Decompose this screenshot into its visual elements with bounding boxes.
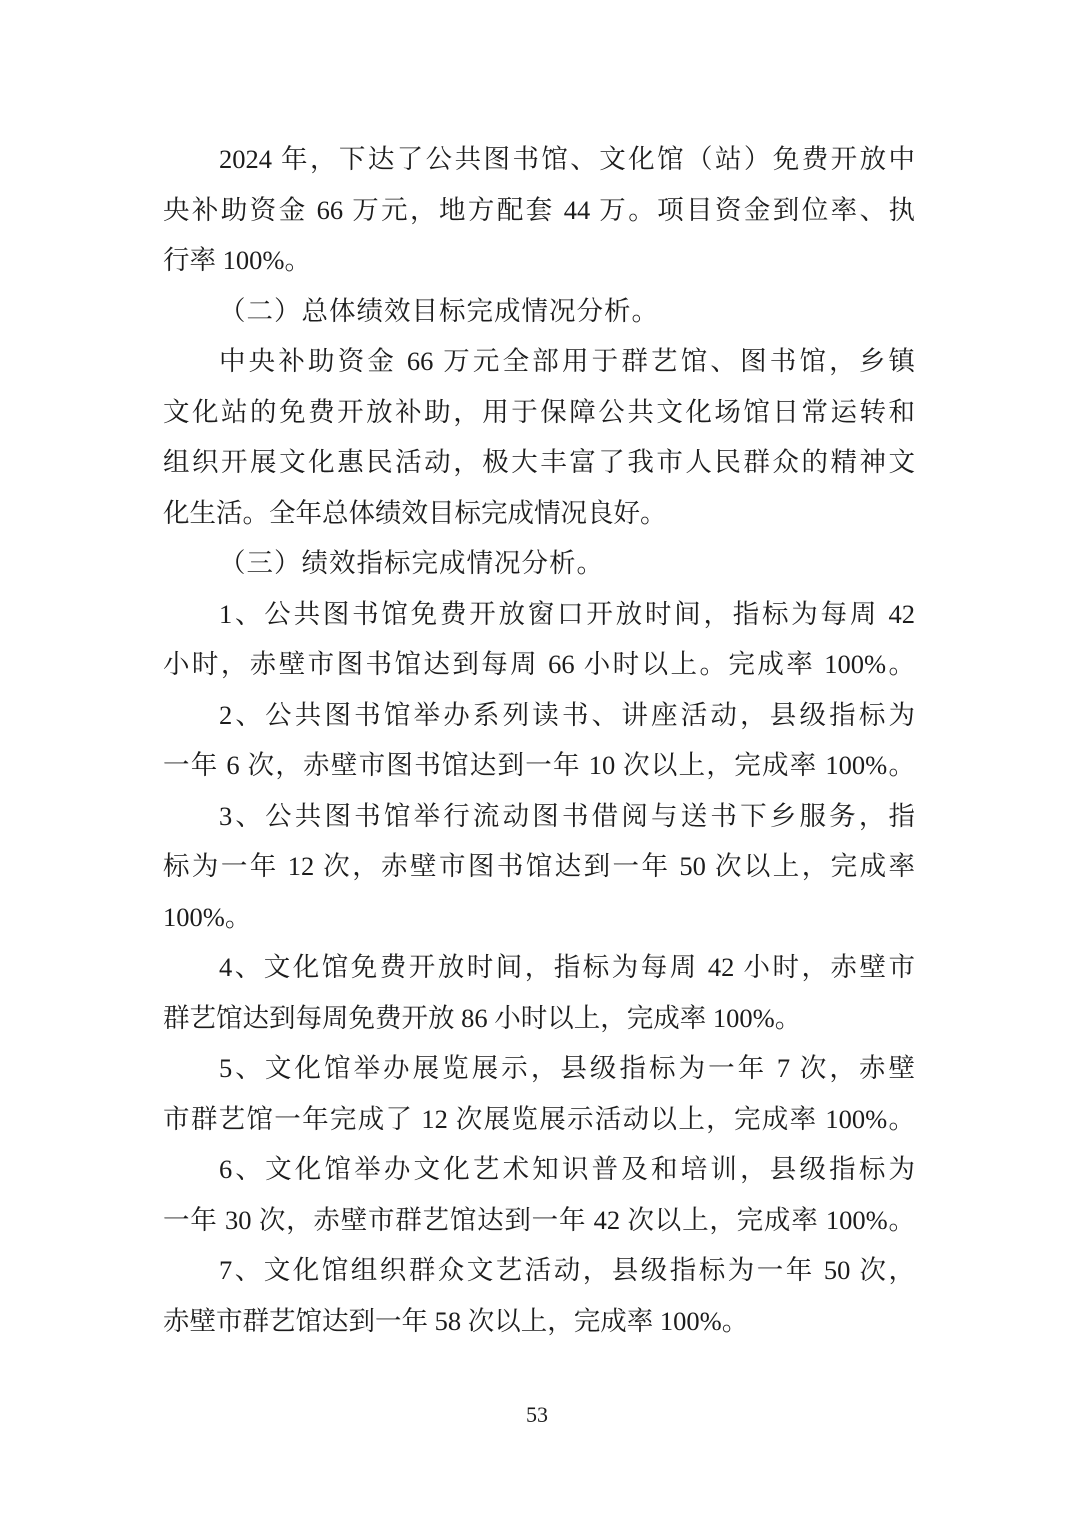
text-line: 6、文化馆举办文化艺术知识普及和培训，县级指标为 [163, 1144, 915, 1195]
text-line: 央补助资金 66 万元，地方配套 44 万。项目资金到位率、执 [163, 185, 915, 236]
paragraph: 3、公共图书馆举行流动图书借阅与送书下乡服务，指标为一年 12 次，赤壁市图书馆… [163, 791, 915, 943]
text-line: 标为一年 12 次，赤壁市图书馆达到一年 50 次以上，完成率 [163, 841, 915, 892]
page-number: 53 [0, 1400, 1074, 1430]
paragraph: 2、公共图书馆举办系列读书、讲座活动，县级指标为一年 6 次，赤壁市图书馆达到一… [163, 690, 915, 791]
text-line: 4、文化馆免费开放时间，指标为每周 42 小时，赤壁市 [163, 942, 915, 993]
text-line: 中央补助资金 66 万元全部用于群艺馆、图书馆，乡镇 [163, 336, 915, 387]
text-line: （二）总体绩效目标完成情况分析。 [163, 286, 915, 337]
paragraph: 6、文化馆举办文化艺术知识普及和培训，县级指标为一年 30 次，赤壁市群艺馆达到… [163, 1144, 915, 1245]
paragraph: 7、文化馆组织群众文艺活动，县级指标为一年 50 次，赤壁市群艺馆达到一年 58… [163, 1245, 915, 1346]
text-line: 组织开展文化惠民活动，极大丰富了我市人民群众的精神文 [163, 437, 915, 488]
text-line: 小时，赤壁市图书馆达到每周 66 小时以上。完成率 100%。 [163, 639, 915, 690]
section-heading: （二）总体绩效目标完成情况分析。 [163, 286, 915, 337]
text-line: 化生活。全年总体绩效目标完成情况良好。 [163, 488, 915, 539]
text-line: 100%。 [163, 892, 915, 943]
text-line: 2024 年，下达了公共图书馆、文化馆（站）免费开放中 [163, 134, 915, 185]
section-heading: （三）绩效指标完成情况分析。 [163, 538, 915, 589]
text-line: （三）绩效指标完成情况分析。 [163, 538, 915, 589]
text-line: 一年 30 次，赤壁市群艺馆达到一年 42 次以上，完成率 100%。 [163, 1195, 915, 1246]
paragraph: 1、公共图书馆免费开放窗口开放时间，指标为每周 42小时，赤壁市图书馆达到每周 … [163, 589, 915, 690]
text-line: 7、文化馆组织群众文艺活动，县级指标为一年 50 次， [163, 1245, 915, 1296]
text-line: 1、公共图书馆免费开放窗口开放时间，指标为每周 42 [163, 589, 915, 640]
document-body: 2024 年，下达了公共图书馆、文化馆（站）免费开放中央补助资金 66 万元，地… [163, 134, 915, 1346]
text-line: 市群艺馆一年完成了 12 次展览展示活动以上，完成率 100%。 [163, 1094, 915, 1145]
paragraph: 中央补助资金 66 万元全部用于群艺馆、图书馆，乡镇文化站的免费开放补助，用于保… [163, 336, 915, 538]
paragraph: 2024 年，下达了公共图书馆、文化馆（站）免费开放中央补助资金 66 万元，地… [163, 134, 915, 286]
text-line: 一年 6 次，赤壁市图书馆达到一年 10 次以上，完成率 100%。 [163, 740, 915, 791]
text-line: 群艺馆达到每周免费开放 86 小时以上，完成率 100%。 [163, 993, 915, 1044]
paragraph: 5、文化馆举办展览展示，县级指标为一年 7 次，赤壁市群艺馆一年完成了 12 次… [163, 1043, 915, 1144]
text-line: 文化站的免费开放补助，用于保障公共文化场馆日常运转和 [163, 387, 915, 438]
text-line: 2、公共图书馆举办系列读书、讲座活动，县级指标为 [163, 690, 915, 741]
text-line: 行率 100%。 [163, 235, 915, 286]
text-line: 赤壁市群艺馆达到一年 58 次以上，完成率 100%。 [163, 1296, 915, 1347]
text-line: 3、公共图书馆举行流动图书借阅与送书下乡服务，指 [163, 791, 915, 842]
document-page: 2024 年，下达了公共图书馆、文化馆（站）免费开放中央补助资金 66 万元，地… [0, 0, 1074, 1520]
text-line: 5、文化馆举办展览展示，县级指标为一年 7 次，赤壁 [163, 1043, 915, 1094]
paragraph: 4、文化馆免费开放时间，指标为每周 42 小时，赤壁市群艺馆达到每周免费开放 8… [163, 942, 915, 1043]
